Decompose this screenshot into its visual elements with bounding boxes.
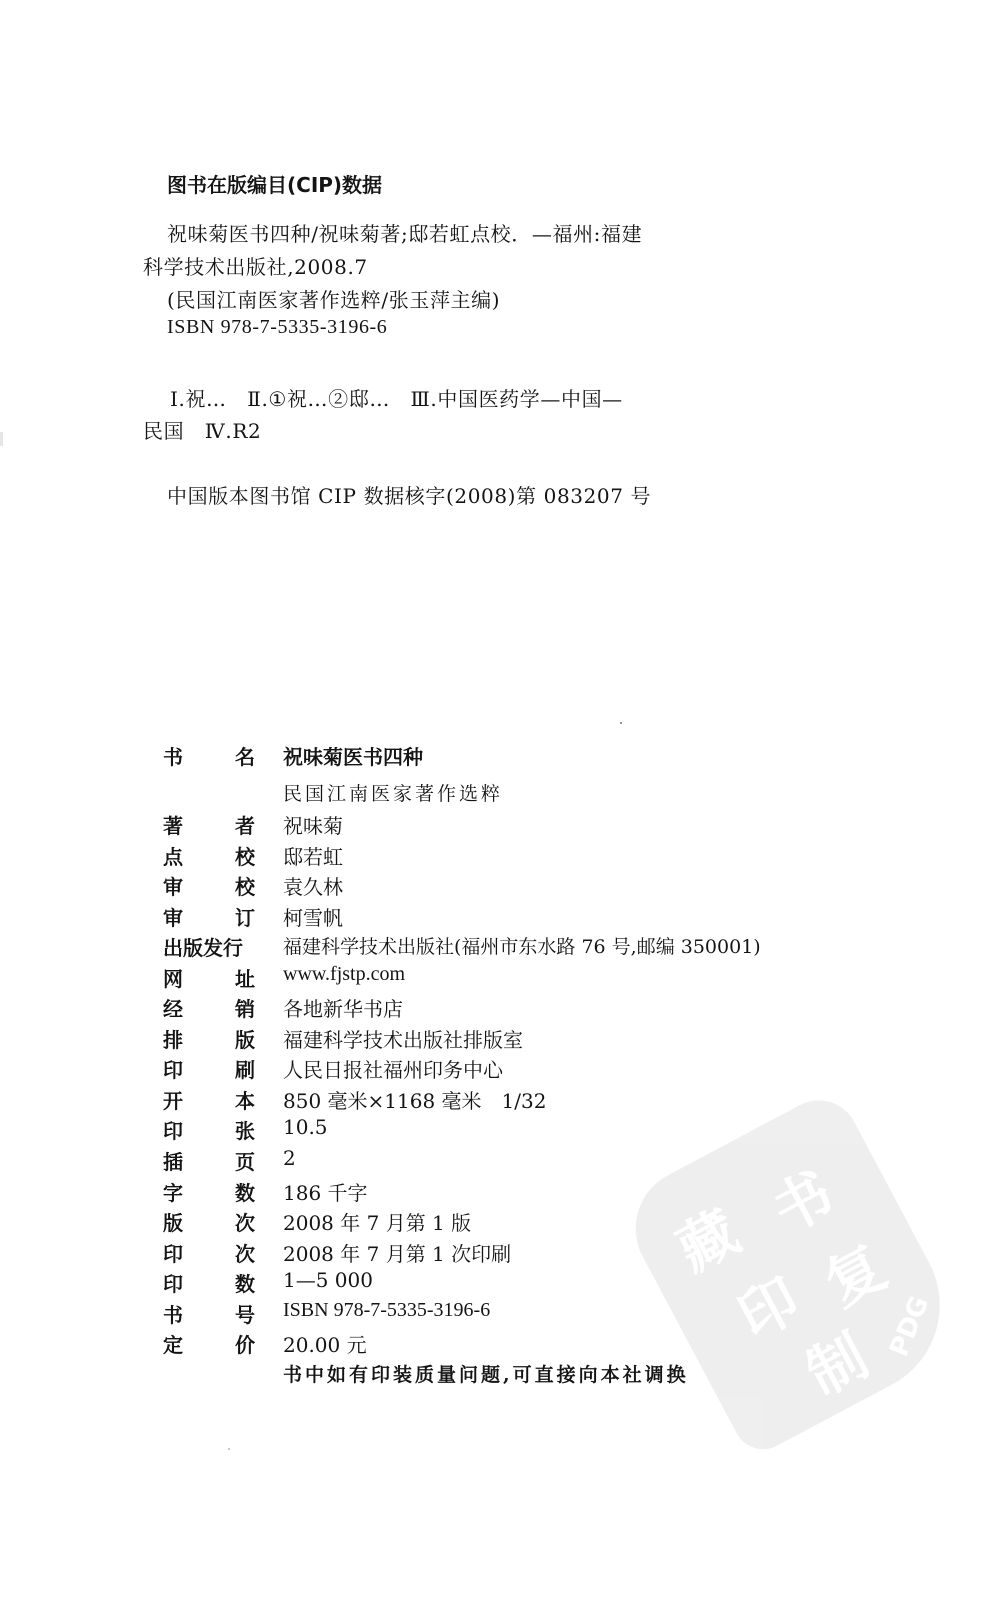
row-value: 10.5 xyxy=(283,1115,328,1139)
cip-isbn: ISBN 978-7-5335-3196-6 xyxy=(167,316,387,339)
row-value: 186 千字 xyxy=(283,1177,368,1206)
row-value: 柯雪帆 xyxy=(283,902,343,931)
cip-line-2: 科学技术出版社,2008.7 xyxy=(143,251,368,280)
row-value: 2008 年 7 月第 1 次印刷 xyxy=(283,1238,511,1267)
row-label: 版 xyxy=(235,1024,255,1053)
row-value: 2 xyxy=(283,1146,296,1170)
row-value: 福建科学技术出版社排版室 xyxy=(283,1024,523,1053)
row-label: 本 xyxy=(235,1085,255,1114)
row-value: 祝味菊 xyxy=(283,810,343,839)
row-label: 张 xyxy=(235,1115,255,1144)
scan-speck xyxy=(620,722,622,724)
row-label: 印 xyxy=(163,1238,183,1267)
row-value: 1—5 000 xyxy=(283,1268,373,1292)
row-value: ISBN 978-7-5335-3196-6 xyxy=(283,1299,490,1322)
row-label: 号 xyxy=(235,1299,255,1328)
row-value: 邸若虹 xyxy=(283,841,343,870)
row-label: 刷 xyxy=(235,1054,255,1083)
scan-edge-mark xyxy=(0,432,3,446)
cip-classification-2: 民国 Ⅳ.R2 xyxy=(143,415,261,444)
row-label: 数 xyxy=(235,1177,255,1206)
row-label: 销 xyxy=(235,993,255,1022)
row-label: 书 xyxy=(163,1299,183,1328)
row-value: 福建科学技术出版社(福州市东水路 76 号,邮编 350001) xyxy=(283,932,761,959)
row-value: 人民日报社福州印务中心 xyxy=(283,1054,503,1083)
row-label: 次 xyxy=(235,1207,255,1236)
row-value: 各地新华书店 xyxy=(283,993,403,1022)
row-label: 印 xyxy=(163,1268,183,1297)
row-label: 次 xyxy=(235,1238,255,1267)
stamp-seal-icon: 书 xyxy=(755,1147,846,1248)
pdg-tag: PDG xyxy=(884,1292,935,1361)
stamp-seal-icon: 复 xyxy=(808,1221,899,1322)
row-label: 版 xyxy=(163,1207,183,1236)
row-label: 价 xyxy=(235,1329,255,1358)
row-label: 名 xyxy=(235,741,255,770)
row-label: 审 xyxy=(163,871,183,900)
row-value: 祝味菊医书四种 xyxy=(283,741,423,770)
row-label: 址 xyxy=(235,963,255,992)
row-label: 审 xyxy=(163,902,183,931)
row-label: 者 xyxy=(235,810,255,839)
row-label: 订 xyxy=(235,902,255,931)
quality-notice: 书中如有印装质量问题,可直接向本社调换 xyxy=(283,1360,689,1387)
library-stamp-watermark: 藏 书 印 复 制 PDG xyxy=(615,1086,972,1459)
row-label: 书 xyxy=(163,741,183,770)
website-link[interactable]: www.fjstp.com xyxy=(283,963,405,986)
cip-approval-number: 中国版本图书馆 CIP 数据核字(2008)第 083207 号 xyxy=(167,480,651,509)
row-label: 开 xyxy=(163,1085,183,1114)
row-label: 插 xyxy=(163,1146,183,1175)
cip-line-3: (民国江南医家著作选粹/张玉萍主编) xyxy=(167,284,500,313)
row-value: 850 毫米×1168 毫米 1/32 xyxy=(283,1085,546,1114)
scan-speck xyxy=(228,1448,230,1450)
row-label: 定 xyxy=(163,1329,183,1358)
row-label: 数 xyxy=(235,1268,255,1297)
cip-title: 图书在版编目(CIP)数据 xyxy=(167,169,382,198)
row-label: 印 xyxy=(163,1054,183,1083)
cip-classification-1: Ⅰ.祝… Ⅱ.①祝…②邸… Ⅲ.中国医药学—中国— xyxy=(170,383,623,412)
row-value: 20.00 元 xyxy=(283,1329,367,1358)
row-label: 点 xyxy=(163,841,183,870)
row-label: 校 xyxy=(235,871,255,900)
row-label: 网 xyxy=(163,963,183,992)
row-label: 校 xyxy=(235,841,255,870)
row-label: 印 xyxy=(163,1115,183,1144)
row-value: 民国江南医家著作选粹 xyxy=(283,779,503,806)
row-label: 经 xyxy=(163,993,183,1022)
row-value: 2008 年 7 月第 1 版 xyxy=(283,1207,471,1236)
row-label: 著 xyxy=(163,810,183,839)
cip-line-1: 祝味菊医书四种/祝味菊著;邸若虹点校．—福州:福建 xyxy=(167,218,642,247)
row-value: 袁久林 xyxy=(283,871,343,900)
row-label: 出版发行 xyxy=(163,932,243,961)
row-label: 字 xyxy=(163,1177,183,1206)
row-label: 页 xyxy=(235,1146,255,1175)
row-label: 排 xyxy=(163,1024,183,1053)
